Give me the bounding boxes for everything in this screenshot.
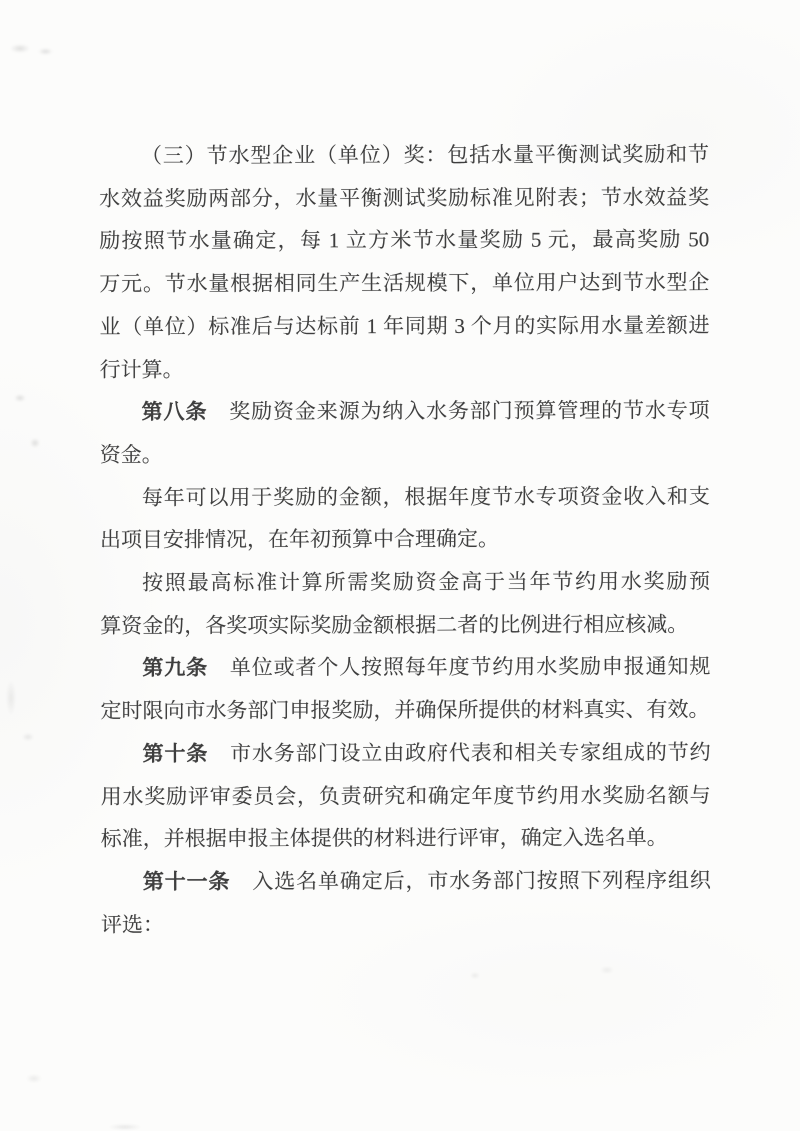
- text-line: 评选：: [101, 902, 711, 946]
- document-body: （三）节水型企业（单位）奖：包括水量平衡测试奖励和节水效益奖励两部分，水量平衡测…: [99, 133, 711, 946]
- article-number: 第十条: [143, 741, 209, 765]
- text-line: 第十条 市水务部门设立由政府代表和相关专家组成的节约: [101, 731, 711, 775]
- scan-artifact: [470, 972, 480, 979]
- text-line: 业（单位）标准后与达标前 1 年同期 3 个月的实际用水量差额进: [99, 304, 709, 348]
- text-line: 行计算。: [99, 347, 709, 391]
- scan-artifact: [10, 44, 30, 53]
- text-line: （三）节水型企业（单位）奖：包括水量平衡测试奖励和节: [99, 133, 709, 177]
- scan-artifact: [14, 394, 26, 402]
- text-line: 按照最高标准计算所需奖励资金高于当年节约用水奖励预: [100, 560, 710, 604]
- article-number: 第十一条: [143, 869, 231, 893]
- scan-artifact: [22, 733, 34, 741]
- text-line: 定时限向市水务部门申报奖励，并确保所提供的材料真实、有效。: [100, 688, 710, 732]
- article-number: 第八条: [142, 400, 208, 424]
- scan-artifact: [6, 680, 16, 716]
- scan-artifact: [600, 966, 614, 974]
- scanned-document-page: （三）节水型企业（单位）奖：包括水量平衡测试奖励和节水效益奖励两部分，水量平衡测…: [0, 0, 800, 1131]
- article-number: 第九条: [142, 656, 208, 680]
- text-line: 每年可以用于奖励的金额，根据年度节水专项资金收入和支: [100, 475, 710, 519]
- text-line: 第九条 单位或者个人按照每年度节约用水奖励申报通知规: [100, 646, 710, 690]
- text-line: 第八条 奖励资金来源为纳入水务部门预算管理的节水专项: [100, 389, 710, 433]
- text-line: 出项目安排情况，在年初预算中合理确定。: [100, 518, 710, 562]
- scan-artifact: [26, 1074, 42, 1083]
- text-line: 资金。: [100, 432, 710, 476]
- text-line: 水效益奖励两部分，水量平衡测试奖励标准见附表；节水效益奖: [99, 176, 709, 220]
- text-line: 标准，并根据申报主体提供的材料进行评审，确定入选名单。: [101, 816, 711, 860]
- text-line: 用水奖励评审委员会，负责研究和确定年度节约用水奖励名额与: [101, 774, 711, 818]
- text-line: 励按照节水量确定，每 1 立方米节水量奖励 5 元，最高奖励 50: [99, 219, 709, 263]
- text-line: 算资金的，各奖项实际奖励金额根据二者的比例进行相应核减。: [100, 603, 710, 647]
- text-line: 第十一条 入选名单确定后，市水务部门按照下列程序组织: [101, 859, 711, 903]
- scan-artifact: [30, 438, 40, 448]
- text-line: 万元。节水量根据相同生产生活规模下，单位用户达到节水型企: [99, 261, 709, 305]
- scan-artifact: [108, 1124, 142, 1130]
- scan-artifact: [38, 48, 53, 55]
